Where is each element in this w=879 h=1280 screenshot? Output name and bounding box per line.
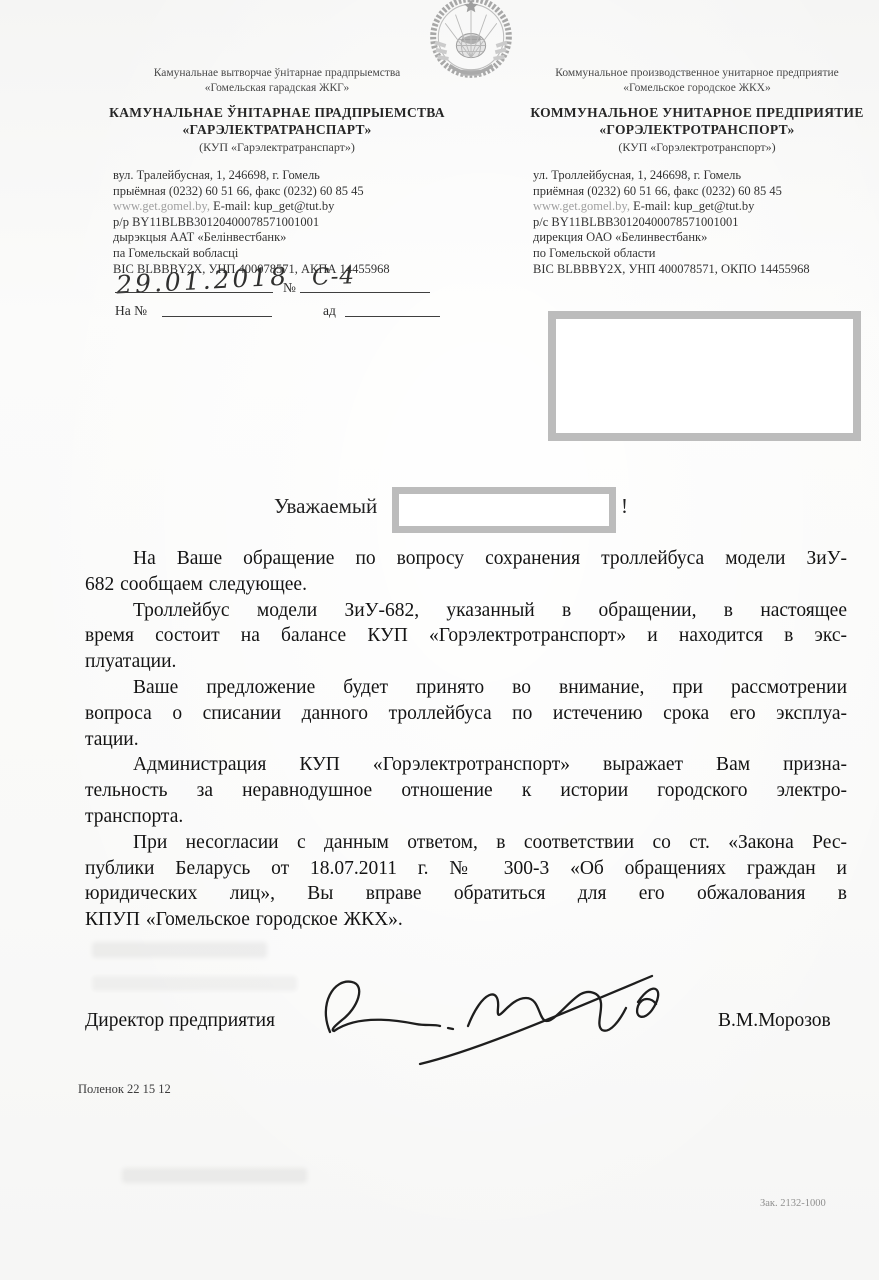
ghost-artifact xyxy=(92,942,267,958)
address-lines-top-by: вул. Тралейбусная, 1, 246698, г. Гомельп… xyxy=(113,168,443,199)
handwritten-number: С-4 xyxy=(312,263,356,290)
org-name-small-by-1: Камунальнае вытворчае ўнітарнае прадпрые… xyxy=(92,66,462,81)
paragraph-5: При несогласии с данным ответом, в соотв… xyxy=(85,830,847,933)
paragraph-1: На Ваше обращение по вопросу сохранения … xyxy=(85,546,847,598)
paragraph-3: Ваше предложение будет принято во вниман… xyxy=(85,675,847,752)
greeting-exclamation: ! xyxy=(621,494,628,519)
number-underline xyxy=(300,292,430,293)
org-name-bold-ru-1: КОММУНАЛЬНОЕ УНИТАРНОЕ ПРЕДПРИЯТИЕ xyxy=(512,104,879,121)
reply-number-underline xyxy=(162,316,272,317)
org-name-small-ru-1: Коммунальное производственное унитарное … xyxy=(512,66,879,81)
org-name-bold-ru-2: «ГОРЭЛЕКТРОТРАНСПОРТ» xyxy=(512,121,879,138)
address-line: прыёмная (0232) 60 51 66, факс (0232) 60… xyxy=(113,184,443,200)
body-line: время состоит на балансе КУП «Горэлектро… xyxy=(85,623,847,649)
paragraph-2: Троллейбус модели ЗиУ-682, указанный в о… xyxy=(85,598,847,675)
print-order-code: Зак. 2132-1000 xyxy=(760,1198,826,1209)
body-line: тельность за неравнодушное отношение к и… xyxy=(85,778,847,804)
address-line: BIC BLBBBY2X, УНП 400078571, ОКПО 144559… xyxy=(533,262,873,278)
letterhead-left: Камунальнае вытворчае ўнітарнае прадпрые… xyxy=(92,66,462,155)
body-line: транспорта. xyxy=(85,804,847,830)
signer-title: Директор предприятия xyxy=(85,1010,275,1032)
number-label: № xyxy=(283,280,296,296)
reply-date-underline xyxy=(345,316,440,317)
org-name-abbr-by: (КУП «Гарэлектратранспарт») xyxy=(92,140,462,155)
handwritten-signature xyxy=(300,968,690,1078)
date-underline xyxy=(115,292,273,293)
body-line: вопроса о списании данного троллейбуса п… xyxy=(85,701,847,727)
scanned-letter-page: Камунальнае вытворчае ўнітарнае прадпрые… xyxy=(0,0,879,1280)
org-name-bold-by-1: КАМУНАЛЬНАЕ ЎНІТАРНАЕ ПРАДПРЫЕМСТВА xyxy=(92,104,462,121)
body-line: Администрация КУП «Горэлектротранспорт» … xyxy=(85,752,847,778)
address-lines-top-ru: ул. Троллейбусная, 1, 246698, г. Гомельп… xyxy=(533,168,873,199)
signer-name: В.М.Морозов xyxy=(718,1010,831,1032)
website-url: www.get.gomel.by, xyxy=(113,199,210,213)
address-line: дырэкцыя ААТ «Белінвестбанк» xyxy=(113,230,443,246)
body-line: юридических лиц», Вы вправе обратиться д… xyxy=(85,881,847,907)
address-line: р/р BY11BLBB30120400078571001001 xyxy=(113,215,443,231)
reply-label: На № xyxy=(115,303,147,319)
address-line: ул. Троллейбусная, 1, 246698, г. Гомель xyxy=(533,168,873,184)
org-name-small-by-2: «Гомельская гарадская ЖКГ» xyxy=(92,81,462,96)
body-line: На Ваше обращение по вопросу сохранения … xyxy=(85,546,847,572)
body-line: тации. xyxy=(85,727,847,753)
body-line: 682 сообщаем следующее. xyxy=(85,572,847,598)
ghost-artifact xyxy=(92,976,297,991)
letterhead-right: Коммунальное производственное унитарное … xyxy=(512,66,879,155)
address-line: па Гомельскай вобласці xyxy=(113,246,443,262)
address-line: приёмная (0232) 60 51 66, факс (0232) 60… xyxy=(533,184,873,200)
address-block-by: вул. Тралейбусная, 1, 246698, г. Гомельп… xyxy=(113,168,443,277)
address-web-line-ru: www.get.gomel.by, E-mail: kup_get@tut.by xyxy=(533,199,873,215)
email-address: E-mail: kup_get@tut.by xyxy=(633,199,754,213)
reply-date-label: ад xyxy=(323,303,336,319)
addressee-redaction-box xyxy=(548,311,861,441)
address-line: дирекция ОАО «Белинвестбанк» xyxy=(533,230,873,246)
address-line: вул. Тралейбусная, 1, 246698, г. Гомель xyxy=(113,168,443,184)
name-redaction-box xyxy=(392,487,616,533)
address-web-line-by: www.get.gomel.by, E-mail: kup_get@tut.by xyxy=(113,199,443,215)
address-block-ru: ул. Троллейбусная, 1, 246698, г. Гомельп… xyxy=(533,168,873,277)
body-line: При несогласии с данным ответом, в соотв… xyxy=(85,830,847,856)
email-address: E-mail: kup_get@tut.by xyxy=(213,199,334,213)
org-name-abbr-ru: (КУП «Горэлектротранспорт») xyxy=(512,140,879,155)
address-line: р/с BY11BLBB30120400078571001001 xyxy=(533,215,873,231)
address-lines-bottom-ru: р/с BY11BLBB30120400078571001001дирекция… xyxy=(533,215,873,277)
greeting-salutation: Уважаемый xyxy=(274,494,377,519)
paragraph-4: Администрация КУП «Горэлектротранспорт» … xyxy=(85,752,847,829)
address-line: по Гомельской области xyxy=(533,246,873,262)
body-line: Ваше предложение будет принято во вниман… xyxy=(85,675,847,701)
body-line: публики Беларусь от 18.07.2011 г. № 300-… xyxy=(85,856,847,882)
executor-line: Поленок 22 15 12 xyxy=(78,1082,171,1097)
org-name-bold-by-2: «ГАРЭЛЕКТРАТРАНСПАРТ» xyxy=(92,121,462,138)
website-url: www.get.gomel.by, xyxy=(533,199,630,213)
ghost-artifact xyxy=(122,1168,307,1183)
body-line: КПУП «Гомельское городское ЖКХ». xyxy=(85,907,847,933)
letter-body: На Ваше обращение по вопросу сохранения … xyxy=(85,546,847,933)
body-line: плуатации. xyxy=(85,649,847,675)
body-line: Троллейбус модели ЗиУ-682, указанный в о… xyxy=(85,598,847,624)
org-name-small-ru-2: «Гомельское городское ЖКХ» xyxy=(512,81,879,96)
